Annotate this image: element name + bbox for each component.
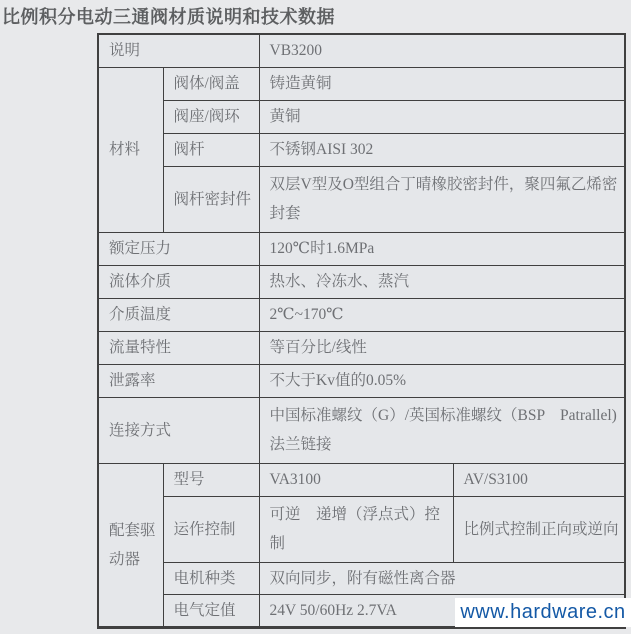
table-row: 流量特性 等百分比/线性 (98, 331, 625, 364)
row-label: 连接方式 (98, 397, 259, 463)
row-sublabel: 阀杆密封件 (163, 166, 259, 232)
table-row: 泄露率 不大于Kv值的0.05% (98, 364, 625, 397)
row-value: 等百分比/线性 (259, 331, 625, 364)
row-label: 泄露率 (98, 364, 259, 397)
row-sublabel: 运作控制 (163, 496, 259, 562)
row-sublabel: 阀座/阀环 (163, 100, 259, 133)
spec-table: 说明 VB3200 材料 阀体/阀盖 铸造黄铜 阀座/阀环 黄铜 阀杆 不锈钢A… (97, 33, 626, 629)
row-label: 流体介质 (98, 265, 259, 298)
row-value: 2℃~170℃ (259, 298, 625, 331)
row-value: 中国标准螺纹（G）/英国标准螺纹（BSP Patrallel) 法兰链接 (259, 397, 625, 463)
table-row: 介质温度 2℃~170℃ (98, 298, 625, 331)
row-value: 不锈钢AISI 302 (259, 133, 625, 166)
page-title: 比例积分电动三通阀材质说明和技术数据 (2, 3, 335, 29)
row-label: 额定压力 (98, 232, 259, 265)
table-row: 电机种类 双向同步，附有磁性离合器 (98, 562, 625, 594)
table-row: 流体介质 热水、冷冻水、蒸汽 (98, 265, 625, 298)
row-value: VB3200 (259, 34, 625, 67)
watermark-box: www.hardware.cn (455, 598, 631, 627)
table-row: 材料 阀体/阀盖 铸造黄铜 (98, 67, 625, 100)
table-row: 阀杆密封件 双层V型及O型组合丁晴橡胶密封件，聚四氟乙烯密 封套 (98, 166, 625, 232)
actuator-group-label: 配套驱动器 (98, 463, 163, 627)
row-value: 120℃时1.6MPa (259, 232, 625, 265)
row-sublabel: 电气定值 (163, 594, 259, 627)
row-value: 不大于Kv值的0.05% (259, 364, 625, 397)
table-row: 额定压力 120℃时1.6MPa (98, 232, 625, 265)
row-value: 双层V型及O型组合丁晴橡胶密封件，聚四氟乙烯密 封套 (259, 166, 625, 232)
row-value-left: 可逆 递增（浮点式）控 制 (259, 496, 453, 562)
table-row: 运作控制 可逆 递增（浮点式）控 制 比例式控制正向或逆向 (98, 496, 625, 562)
row-sublabel: 电机种类 (163, 562, 259, 594)
row-value-right: 比例式控制正向或逆向 (453, 496, 625, 562)
watermark-text: www.hardware.cn (460, 601, 625, 624)
row-sublabel: 阀杆 (163, 133, 259, 166)
table-row: 阀杆 不锈钢AISI 302 (98, 133, 625, 166)
table-row: 连接方式 中国标准螺纹（G）/英国标准螺纹（BSP Patrallel) 法兰链… (98, 397, 625, 463)
row-value-left: VA3100 (259, 463, 453, 496)
row-value: 黄铜 (259, 100, 625, 133)
row-sublabel: 阀体/阀盖 (163, 67, 259, 100)
row-label: 流量特性 (98, 331, 259, 364)
row-value: 双向同步，附有磁性离合器 (259, 562, 625, 594)
table-row: 阀座/阀环 黄铜 (98, 100, 625, 133)
row-value-right: AV/S3100 (453, 463, 625, 496)
row-label: 介质温度 (98, 298, 259, 331)
material-group-label: 材料 (98, 67, 163, 232)
table-row: 配套驱动器 型号 VA3100 AV/S3100 (98, 463, 625, 496)
row-value: 铸造黄铜 (259, 67, 625, 100)
table-row: 说明 VB3200 (98, 34, 625, 67)
row-value: 热水、冷冻水、蒸汽 (259, 265, 625, 298)
row-label: 说明 (98, 34, 259, 67)
row-sublabel: 型号 (163, 463, 259, 496)
